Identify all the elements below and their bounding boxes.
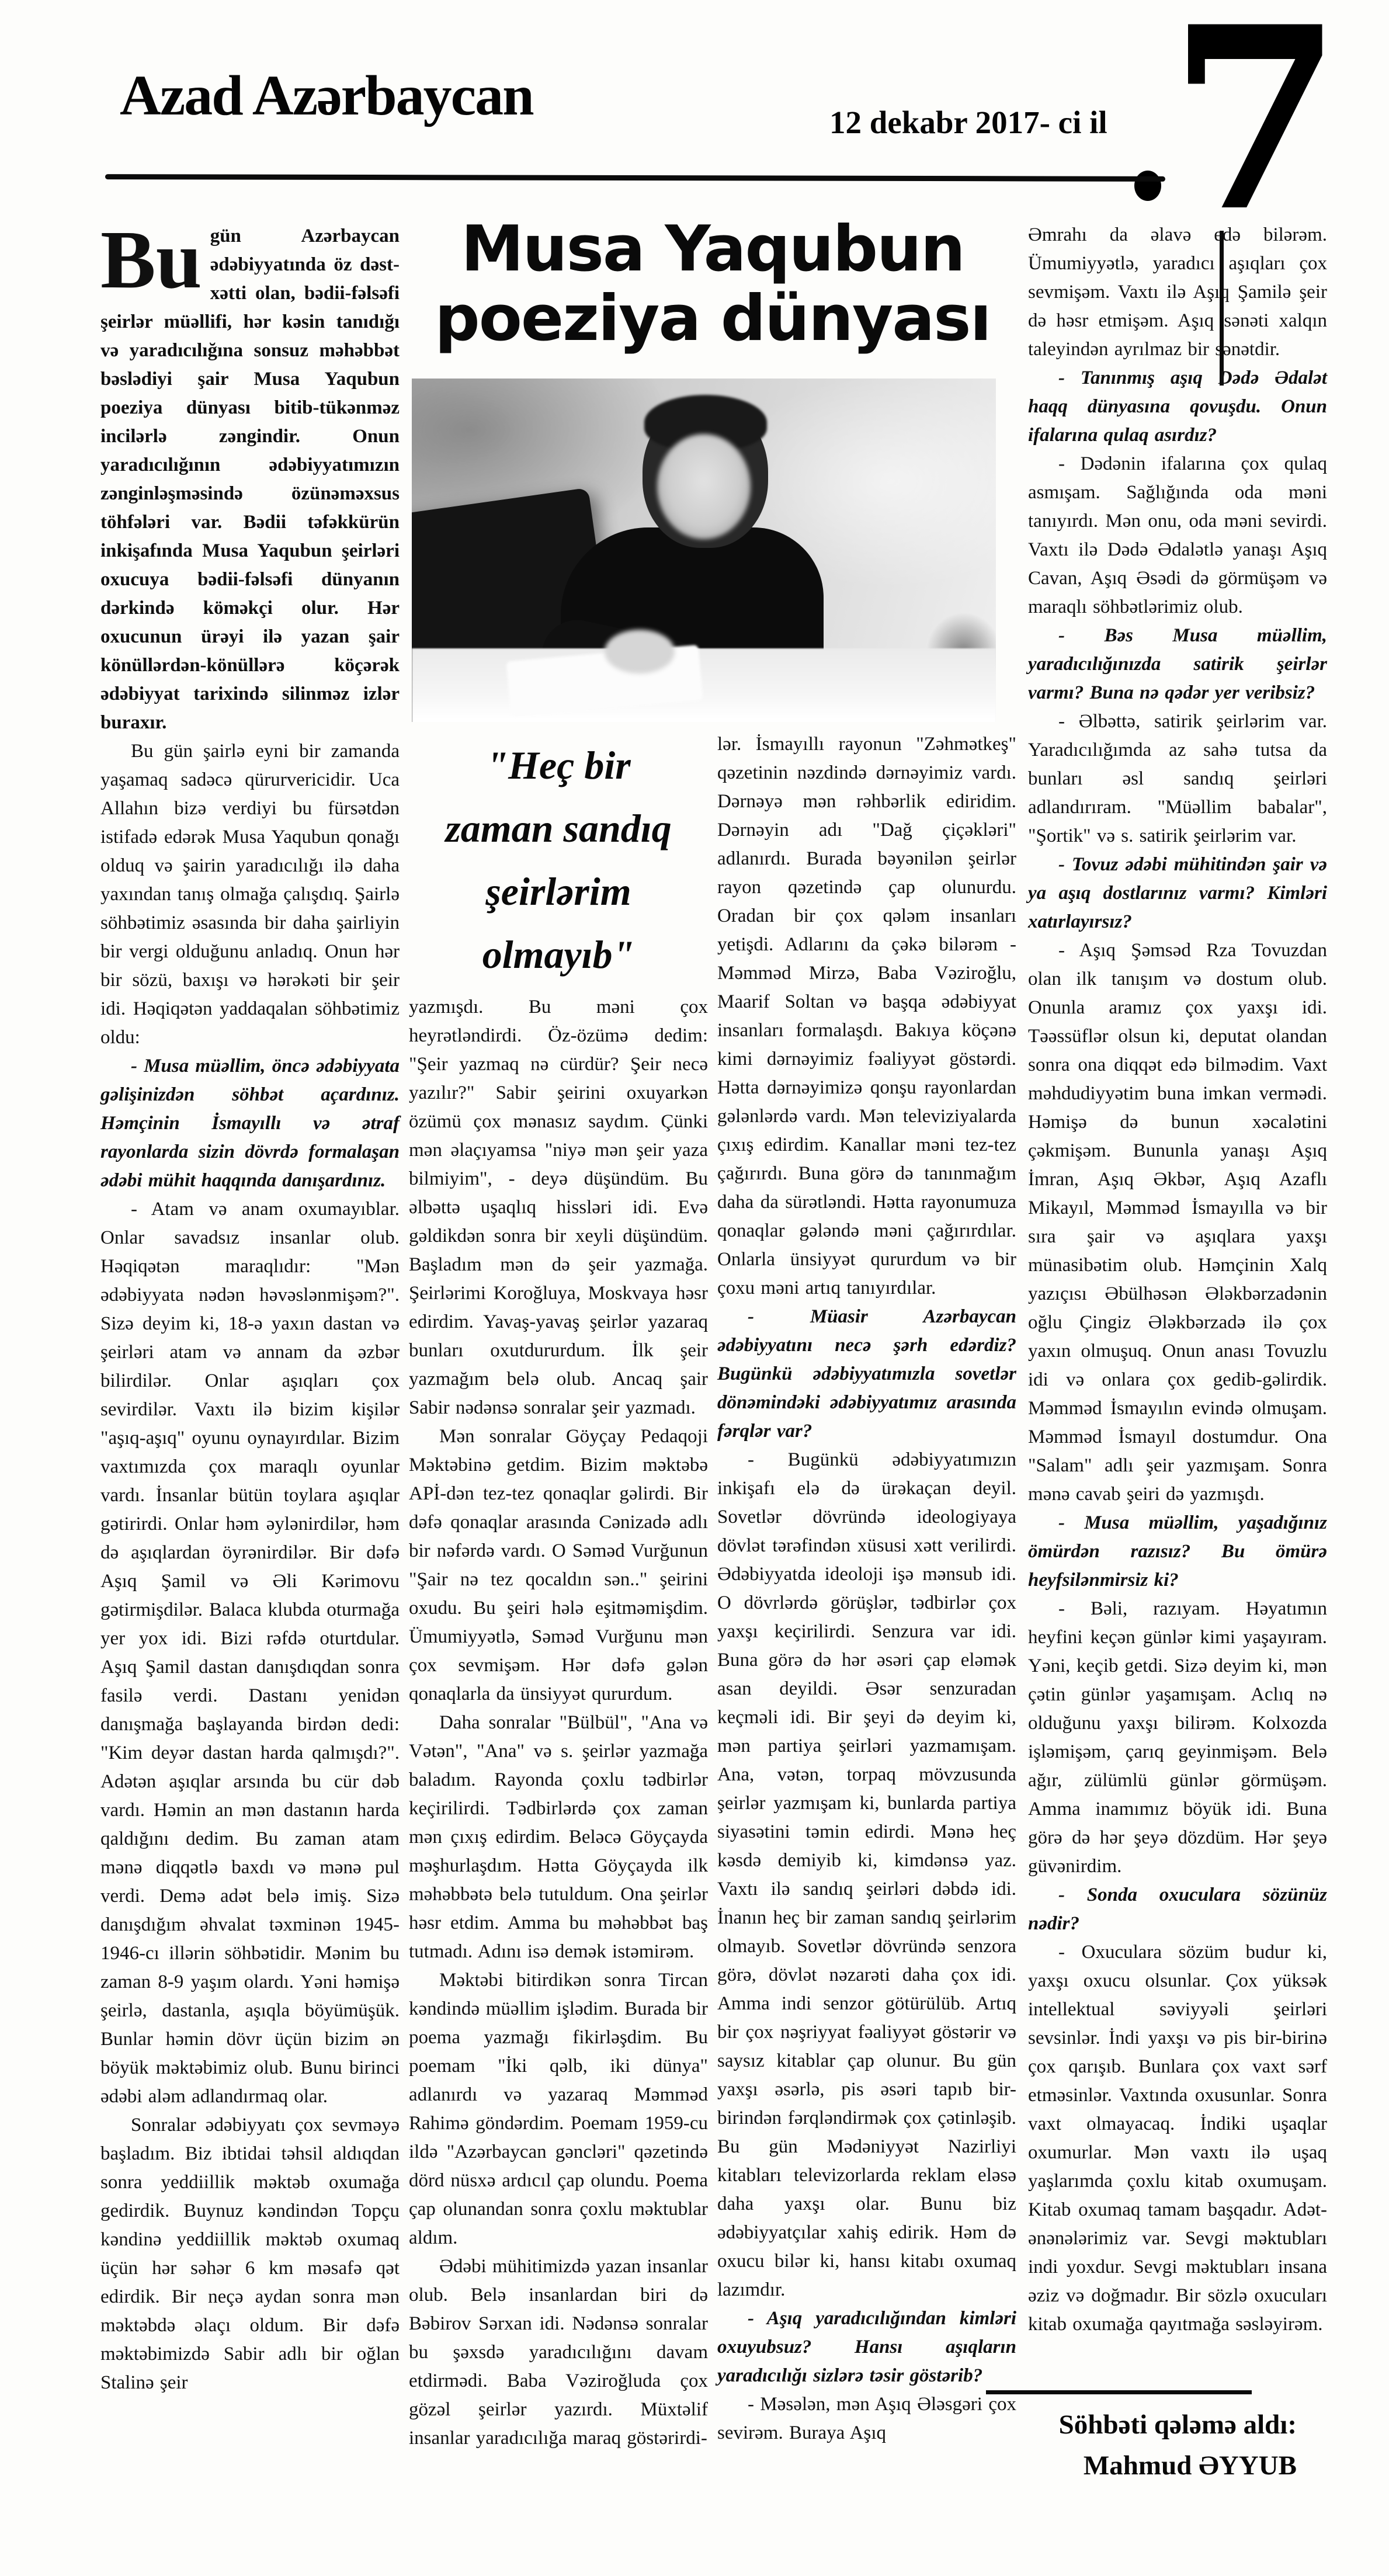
interview-question: - Aşıq yaradıcılığından kimləri oxuyubsu… (717, 2304, 1016, 2390)
interview-answer: - Əlbəttə, satirik şeirlərim var. Yaradı… (1028, 707, 1327, 850)
signature-name: Mahmud ƏYYUB (958, 2445, 1297, 2486)
article-photo (412, 379, 996, 722)
headline-line-2: poeziya dünyası (406, 284, 1019, 354)
newspaper-title: Azad Azərbaycan (120, 63, 533, 129)
page-number-bullet-icon (1134, 171, 1161, 201)
paragraph: Daha sonralar "Bülbül", "Ana və Vətən", … (409, 1709, 708, 1966)
photo-person-face (657, 434, 751, 539)
interview-answer: - Dədənin ifalarına çox qulaq asmışam. S… (1028, 450, 1327, 622)
interview-answer: - Bəli, razıyam. Həyatımın heyfini keçən… (1028, 1595, 1327, 1881)
pull-quote: "Heç bir zaman sandıq şeirlərim olmayıb" (409, 734, 708, 986)
interview-answer: - Aşıq Şəmsəd Rza Tovuzdan olan ilk tanı… (1028, 936, 1327, 1509)
article-headline: Musa Yaqubun poeziya dünyası (406, 215, 1019, 354)
interview-question: - Musa müəllim, yaşadığınız ömürdən razı… (1028, 1509, 1327, 1595)
photo-desk (412, 648, 996, 722)
drop-cap: Bu (100, 227, 202, 292)
interview-question: - Tovuz ədəbi mühitindən şair və ya aşıq… (1028, 850, 1327, 936)
paragraph: Ədəbi mühitimizdə yazan insanlar olub. B… (409, 2252, 708, 2453)
lead-paragraph: Bugün Azərbaycan ədəbiyyatında öz dəst-x… (100, 222, 400, 737)
paragraph: Əmrahı da əlavə edə bilərəm. Ümumiyyətlə… (1028, 221, 1327, 364)
page-number: 7 (1168, 0, 1343, 245)
interview-question: - Sonda oxuculara sözünüz nədir? (1028, 1881, 1327, 1938)
interview-answer: - Oxuculara sözüm budur ki, yaxşı oxucu … (1028, 1938, 1327, 2339)
issue-date: 12 dekabr 2017- ci il (829, 104, 1107, 141)
pull-quote-line-3: şeirlərim (409, 860, 708, 923)
column-2: yazmışdı. Bu məni çox heyrətləndirdi. Öz… (409, 993, 708, 2453)
column-1: Bugün Azərbaycan ədəbiyyatında öz dəst-x… (100, 222, 400, 2397)
interview-question: - Musa müəllim, öncə ədəbiyyata gəlişini… (100, 1052, 400, 1195)
column-4: Əmrahı da əlavə edə bilərəm. Ümumiyyətlə… (1028, 221, 1327, 2339)
interview-question: - Tanınmış aşıq Dədə Ədalət haqq dünyası… (1028, 364, 1327, 450)
paragraph: Sonralar ədəbiyyatı çox sevməyə başladım… (100, 2111, 400, 2397)
signature-label: Söhbəti qələmə aldı: (958, 2404, 1297, 2445)
interview-question: - Müasir Azərbaycan ədəbiyyatını necə şə… (717, 1303, 1016, 1446)
interview-answer: - Bugünkü ədəbiyyatımızın inkişafı elə d… (717, 1446, 1016, 2304)
interview-answer: - Atam və anam oxumayıblar. Onlar savads… (100, 1195, 400, 2111)
photo-person-hand (605, 630, 675, 673)
paragraph: yazmışdı. Bu məni çox heyrətləndirdi. Öz… (409, 993, 708, 1422)
signature-block: Söhbəti qələmə aldı: Mahmud ƏYYUB (958, 2404, 1297, 2486)
headline-line-1: Musa Yaqubun (406, 215, 1019, 284)
pull-quote-line-2: zaman sandıq (409, 797, 708, 860)
signature-rule (986, 2390, 1252, 2394)
interview-question: - Bəs Musa müəllim, yaradıcılığınızda sa… (1028, 622, 1327, 707)
column-3: lər. İsmayıllı rayonun "Zəhmətkeş" qəzet… (717, 730, 1016, 2447)
pull-quote-line-4: olmayıb" (409, 923, 708, 986)
paragraph: Bu gün şairlə eyni bir zamanda yaşamaq s… (100, 737, 400, 1052)
paragraph: Mən sonralar Göyçay Pedaqoji Məktəbinə g… (409, 1422, 708, 1709)
paragraph: lər. İsmayıllı rayonun "Zəhmətkeş" qəzet… (717, 730, 1016, 1303)
pull-quote-line-1: "Heç bir (409, 734, 708, 797)
newspaper-page: Azad Azərbaycan 12 dekabr 2017- ci il 7 … (0, 0, 1389, 2576)
header-rule (105, 174, 1165, 182)
paragraph: Məktəbi bitirdikən sonra Tircan kəndində… (409, 1966, 708, 2252)
